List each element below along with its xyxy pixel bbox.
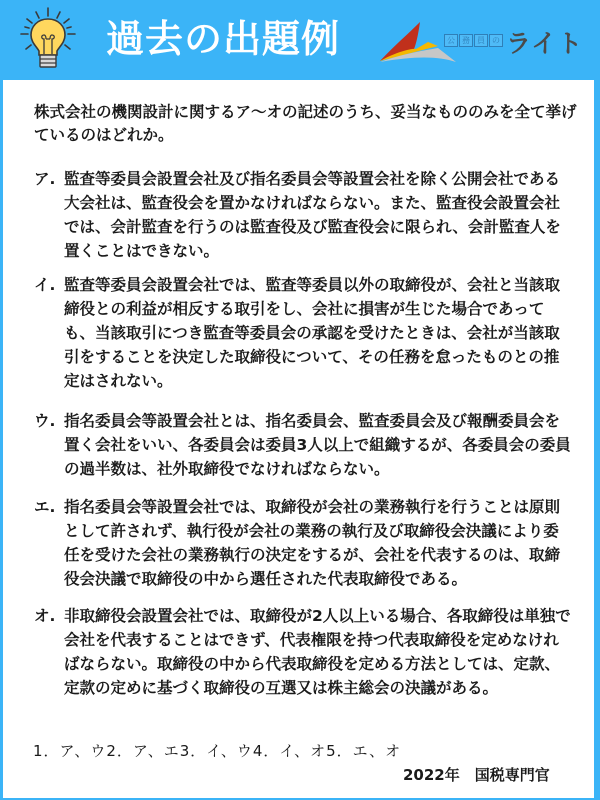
option-e: エ. 指名委員会等設置会社では、取締役が会社の業務執行を行うことは原則として許さ… [34,495,574,591]
option-text: 非取締役会設置会社では、取締役が2人以上いる場合、各取締役は単独で会社を代表する… [64,604,574,700]
option-text: 監査等委員会設置会社では、監査等委員以外の取締役が、会社と当該取締役との利益が相… [64,273,574,393]
option-o: オ. 非取締役会設置会社では、取締役が2人以上いる場合、各取締役は単独で会社を代… [34,604,574,700]
logo-badge: 公 務 員 の [444,34,503,47]
option-label: オ. [34,604,62,628]
option-a: ア. 監査等委員会設置会社及び指名委員会等設置会社を除く公開会社である大会社は、… [34,167,574,263]
page-title: 過去の出題例 [106,14,340,64]
logo-badge-char: の [489,34,503,47]
answer-choices: 1．ア、ウ2．ア、エ3．イ、ウ4．イ、オ5．エ、オ [33,740,401,761]
option-u: ウ. 指名委員会等設置会社とは、指名委員会、監査委員会及び報酬委員会を置く会社を… [34,409,574,481]
logo-badge-char: 公 [444,34,458,47]
option-text: 監査等委員会設置会社及び指名委員会等設置会社を除く公開会社である大会社は、監査役… [64,167,574,263]
option-text: 指名委員会等設置会社とは、指名委員会、監査委員会及び報酬委員会を置く会社をいい、… [64,409,574,481]
logo-badge-char: 務 [459,34,473,47]
option-label: ア. [34,167,62,191]
option-label: ウ. [34,409,62,433]
option-text: 指名委員会等設置会社では、取締役が会社の業務執行を行うことは原則として許されず、… [64,495,574,591]
question-panel: 株式会社の機関設計に関するア〜オの記述のうち、妥当なもののみを全て挙げているのは… [3,80,594,798]
option-label: エ. [34,495,62,519]
header-banner: 過去の出題例 公 務 員 の ライト [0,0,600,80]
logo-badge-char: 員 [474,34,488,47]
question-stem: 株式会社の機関設計に関するア〜オの記述のうち、妥当なもののみを全て挙げているのは… [34,101,579,147]
lightbulb-icon [18,6,78,72]
option-label: イ. [34,273,62,297]
exam-source: 2022年 国税専門官 [403,764,550,785]
option-i: イ. 監査等委員会設置会社では、監査等委員以外の取締役が、会社と当該取締役との利… [34,273,574,393]
logo-name: ライト [506,24,583,60]
